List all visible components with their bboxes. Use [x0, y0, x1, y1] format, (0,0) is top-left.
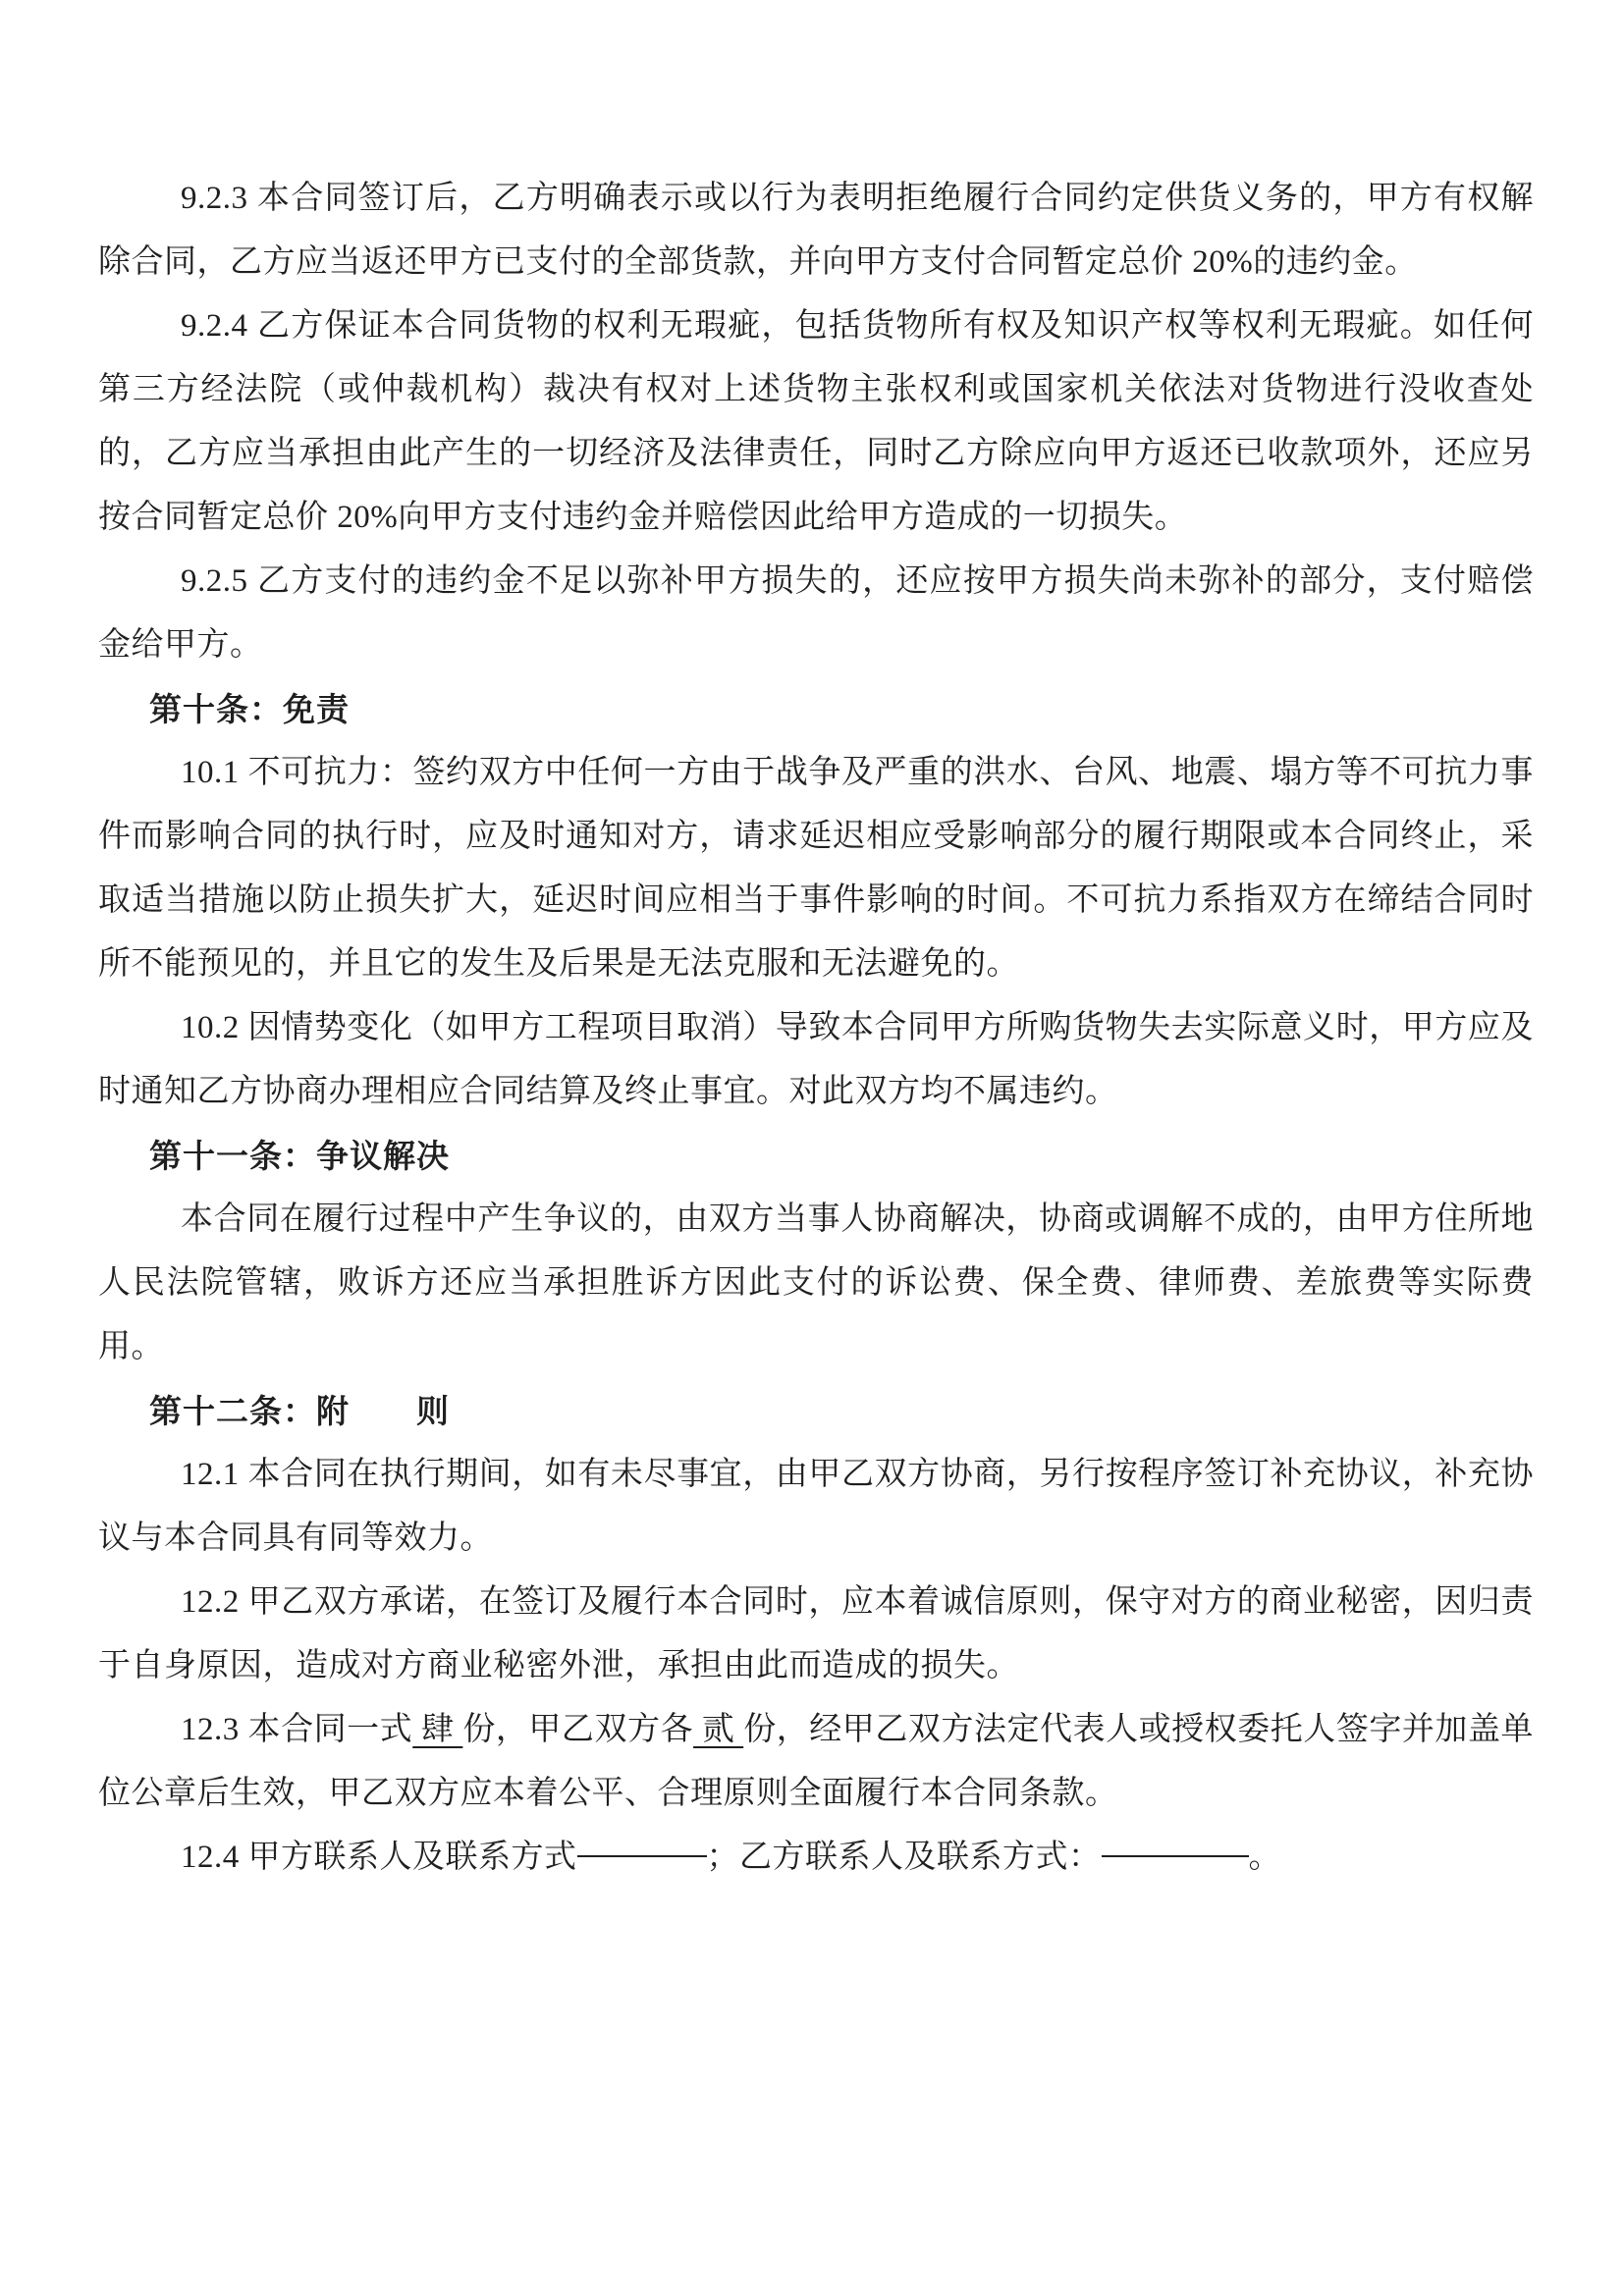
handfilled-underlined-text: 肆 — [412, 1712, 462, 1747]
text-run: 9.2.5 乙方支付的违约金不足以弥补甲方损失的，还应按甲方损失尚未弥补的部分，… — [98, 563, 1534, 663]
contract-page: 9.2.3 本合同签订后，乙方明确表示或以行为表明拒绝履行合同约定供货义务的，甲… — [0, 0, 1624, 2296]
heading-article-10: 第十条：免责 — [98, 677, 1534, 741]
text-run: 9.2.4 乙方保证本合同货物的权利无瑕疵，包括货物所有权及知识产权等权利无瑕疵… — [98, 308, 1534, 535]
clause-12-2: 12.2 甲乙双方承诺，在签订及履行本合同时，应本着诚信原则，保守对方的商业秘密… — [98, 1571, 1534, 1698]
clause-10-1: 10.1 不可抗力：签约双方中任何一方由于战争及严重的洪水、台风、地震、塌方等不… — [98, 741, 1534, 996]
fill-in-blank-underline — [577, 1826, 707, 1857]
clause-9-2-3: 9.2.3 本合同签订后，乙方明确表示或以行为表明拒绝履行合同约定供货义务的，甲… — [98, 167, 1534, 294]
clause-12-4: 12.4 甲方联系人及联系方式 ；乙方联系人及联系方式： 。 — [98, 1826, 1534, 1890]
text-run: 第十一条：争议解决 — [149, 1138, 450, 1174]
clause-9-2-5: 9.2.5 乙方支付的违约金不足以弥补甲方损失的，还应按甲方损失尚未弥补的部分，… — [98, 550, 1534, 677]
text-run: 10.1 不可抗力：签约双方中任何一方由于战争及严重的洪水、台风、地震、塌方等不… — [98, 755, 1534, 982]
text-run: 12.3 本合同一式 — [181, 1712, 412, 1747]
text-run: 12.4 甲方联系人及联系方式 — [181, 1840, 577, 1875]
clause-12-1: 12.1 本合同在执行期间，如有未尽事宜，由甲乙双方协商，另行按程序签订补充协议… — [98, 1443, 1534, 1571]
text-run: 12.2 甲乙双方承诺，在签订及履行本合同时，应本着诚信原则，保守对方的商业秘密… — [98, 1584, 1534, 1683]
text-run: 份，甲乙双方各 — [462, 1712, 693, 1747]
text-run: 第十二条：附 则 — [149, 1393, 450, 1429]
clause-9-2-4: 9.2.4 乙方保证本合同货物的权利无瑕疵，包括货物所有权及知识产权等权利无瑕疵… — [98, 294, 1534, 550]
clause-12-3: 12.3 本合同一式 肆 份，甲乙双方各 贰 份，经甲乙双方法定代表人或授权委托… — [98, 1698, 1534, 1826]
text-run: 。 — [1249, 1840, 1282, 1875]
fill-in-blank-underline — [1102, 1826, 1249, 1857]
text-run: ；乙方联系人及联系方式： — [707, 1840, 1102, 1875]
heading-article-11: 第十一条：争议解决 — [98, 1124, 1534, 1188]
clause-10-2: 10.2 因情势变化（如甲方工程项目取消）导致本合同甲方所购货物失去实际意义时，… — [98, 996, 1534, 1124]
handfilled-underlined-text: 贰 — [693, 1712, 743, 1747]
heading-article-12: 第十二条：附 则 — [98, 1379, 1534, 1443]
text-run: 本合同在履行过程中产生争议的，由双方当事人协商解决，协商或调解不成的，由甲方住所… — [98, 1201, 1534, 1364]
text-run: 9.2.3 本合同签订后，乙方明确表示或以行为表明拒绝履行合同约定供货义务的，甲… — [98, 181, 1534, 280]
text-run: 12.1 本合同在执行期间，如有未尽事宜，由甲乙双方协商，另行按程序签订补充协议… — [98, 1457, 1534, 1556]
text-run: 第十条：免责 — [149, 691, 350, 727]
clause-dispute-resolution: 本合同在履行过程中产生争议的，由双方当事人协商解决，协商或调解不成的，由甲方住所… — [98, 1188, 1534, 1379]
contract-body: 9.2.3 本合同签订后，乙方明确表示或以行为表明拒绝履行合同约定供货义务的，甲… — [98, 167, 1534, 1890]
text-run: 10.2 因情势变化（如甲方工程项目取消）导致本合同甲方所购货物失去实际意义时，… — [98, 1010, 1534, 1109]
